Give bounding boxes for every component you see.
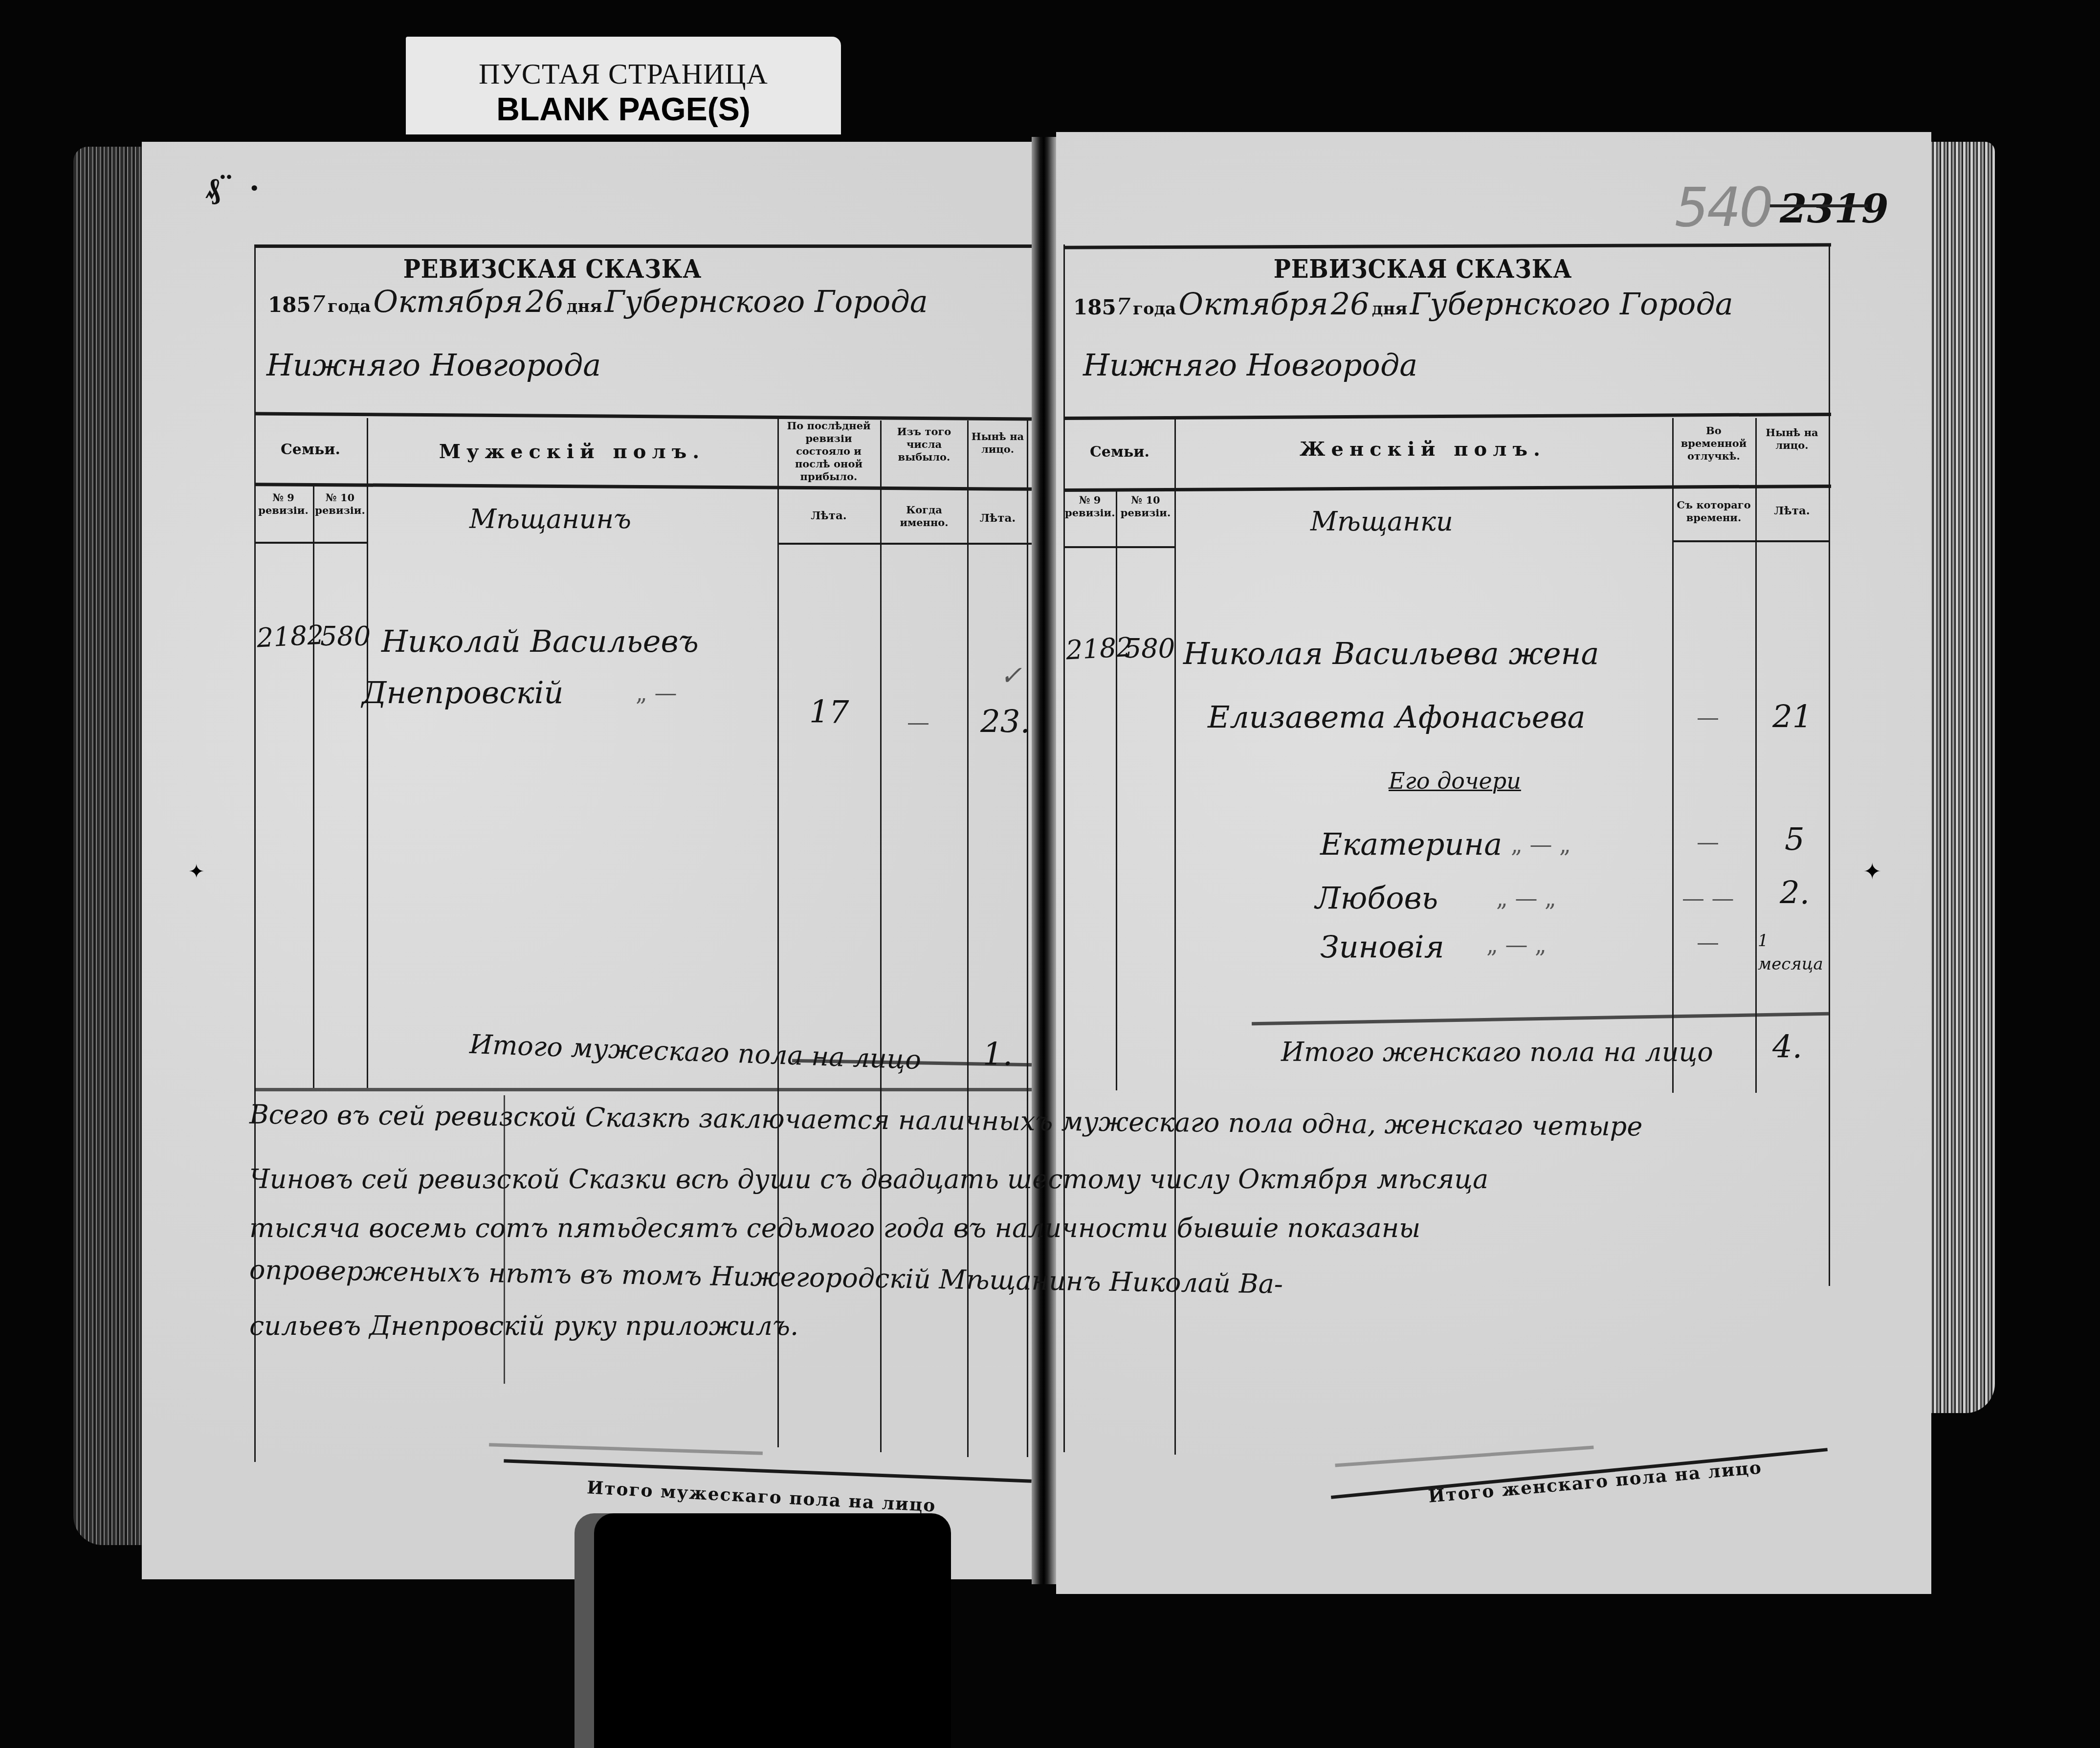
left-col-line-last-rev — [880, 420, 882, 1452]
left-header-when: Когда именно. — [883, 504, 966, 529]
left-header-years2: Лѣта. — [970, 511, 1026, 526]
left-bottom-rule — [254, 1088, 1032, 1091]
left-header-section: Мужескій полъ. — [372, 440, 773, 463]
left-row-present-age: 23. — [980, 704, 1030, 740]
folio-pencil-number: 540 — [1675, 176, 1771, 239]
right-header-no9: № 9 ревизіи. — [1065, 494, 1115, 519]
year-hand: 7 — [311, 291, 325, 317]
left-row-no10: 580 — [320, 621, 371, 652]
right-col-line-absence — [1755, 418, 1757, 1093]
right-place-line2: Нижняго Новгорода — [1083, 347, 1417, 383]
right-header-since-when: Съ котораго времени. — [1675, 499, 1753, 524]
month-hand: Октября — [1178, 286, 1328, 322]
attestation-line-3: тысяча восемь сотъ пятьдесятъ седьмого г… — [249, 1213, 1420, 1243]
right-header-no10: № 10 ревизіи. — [1118, 494, 1173, 519]
right-row-absence-zinoviya: — — [1697, 929, 1719, 955]
right-header-temp-absence: Во временной отлучкѣ. — [1675, 424, 1753, 463]
left-row-ditto: „ — — [636, 680, 677, 706]
right-total-label: Итого женскаго пола на лицо — [1281, 1037, 1713, 1067]
right-header-section: Женскій полъ. — [1178, 438, 1667, 461]
right-header-present: Нынѣ на лицо. — [1758, 426, 1826, 452]
right-row-age-ekaterina: 5 — [1785, 821, 1805, 858]
right-page-title: РЕВИЗСКАЯ СКАЗКА — [1225, 254, 1621, 284]
blank-label-russian: ПУСТАЯ СТРАНИЦА — [406, 57, 841, 91]
right-total-value: 4. — [1772, 1029, 1802, 1065]
place-line1: Губернского Города — [605, 284, 928, 319]
right-row-age-zinoviya: 1 месяца — [1758, 929, 1826, 976]
right-row-absence-lyubov: — — — [1682, 885, 1734, 911]
left-col-line-families — [367, 418, 368, 1088]
attestation-line-2: Чиновъ сей ревизской Сказки всѣ души съ … — [249, 1164, 1488, 1195]
attestation-line-5: сильевъ Днепровскій руку приложилъ. — [249, 1310, 798, 1341]
right-no-rule — [1063, 546, 1176, 548]
right-estate: Мѣщанки — [1310, 506, 1453, 537]
left-faint-col-line — [504, 1095, 505, 1384]
left-row-no9: 2182 — [256, 619, 325, 653]
left-header-present: Нынѣ на лицо. — [970, 430, 1026, 456]
right-row-absence-ekaterina: — — [1697, 829, 1719, 855]
right-row-name-wife-of: Николая Васильева жена — [1183, 636, 1599, 671]
year-printed: 185 — [1073, 295, 1116, 319]
right-row-age-elizaveta: 21 — [1772, 699, 1812, 735]
left-col-line-name — [777, 418, 779, 1447]
blank-page-label: ПУСТАЯ СТРАНИЦА BLANK PAGE(S) — [406, 37, 841, 134]
left-col-line-present — [1027, 420, 1028, 1457]
archive-black-tab — [594, 1513, 951, 1748]
place-line1: Губернского Города — [1410, 286, 1733, 322]
right-row-ditto-ekaterina: „ — „ — [1511, 831, 1571, 858]
left-estate: Мѣщанинъ — [469, 504, 631, 534]
right-row-no9: 2182 — [1065, 631, 1134, 665]
right-col-line-no9 — [1116, 489, 1117, 1090]
right-row-name-zinoviya: Зиновія — [1320, 929, 1444, 965]
book-fore-edge-right — [1926, 142, 1995, 1413]
year-hand: 7 — [1116, 293, 1130, 320]
strike-through-line — [1770, 204, 1868, 207]
right-header-years: Лѣта. — [1758, 504, 1826, 518]
left-margin-blot: ✦ — [188, 861, 205, 883]
left-col-line-departed — [967, 420, 969, 1457]
right-row-name-lyubov: Любовь — [1315, 880, 1438, 916]
day-hand: 26 — [1331, 286, 1370, 322]
day-hand: 26 — [526, 284, 564, 319]
left-row-name-line2: Днепровскій — [362, 675, 563, 710]
left-total-value: 1. — [983, 1037, 1013, 1073]
right-row-name-ekaterina: Екатерина — [1320, 826, 1502, 862]
right-date-line: 1857 года Октября 26 дня Губернского Гор… — [1073, 286, 1733, 322]
left-row-check-mark: ✓ — [1000, 660, 1022, 691]
right-years-rule — [1672, 540, 1829, 542]
book-gutter — [1032, 137, 1056, 1584]
left-header-no9: № 9 ревизіи. — [255, 491, 311, 517]
blank-label-english: BLANK PAGE(S) — [406, 90, 841, 128]
left-years-rule — [777, 543, 1032, 545]
right-row-absence-elizaveta: — — [1697, 704, 1719, 730]
right-row-ditto-zinoviya: „ — „ — [1486, 931, 1547, 958]
left-header-no10: № 10 ревизіи. — [314, 491, 366, 517]
goda-label: года — [328, 297, 371, 316]
goda-label: года — [1133, 299, 1176, 319]
right-row-age-lyubov: 2. — [1780, 875, 1810, 911]
folio-ink-number-struck: 2319 — [1780, 186, 1889, 232]
right-margin-blot: ✦ — [1863, 858, 1882, 885]
right-row-no10: 580 — [1125, 633, 1175, 664]
right-frame-line-outer — [1829, 244, 1830, 1286]
left-date-line: 1857 года Октября 26 дня Губернского Гор… — [268, 284, 928, 319]
right-row-ditto-lyubov: „ — „ — [1496, 885, 1556, 911]
dnya-label: дня — [1372, 299, 1408, 319]
left-row-name-line1: Николай Васильевъ — [381, 623, 699, 659]
left-header-years1: Лѣта. — [780, 509, 878, 523]
right-row-name-elizaveta: Елизавета Афонасьева — [1208, 699, 1586, 735]
right-col-line-families — [1174, 418, 1176, 1455]
left-header-families: Семьи. — [257, 443, 364, 457]
right-col-line-name — [1672, 418, 1674, 1093]
left-col-line-no9 — [313, 487, 314, 1088]
month-hand: Октября — [373, 284, 523, 319]
left-row-departed-when: — — [907, 709, 929, 735]
corner-ink-mark: ₰ ̈ · — [205, 171, 263, 205]
left-place-line2: Нижняго Новгорода — [266, 347, 601, 383]
dnya-label: дня — [567, 297, 602, 316]
right-row-daughters-label: Его дочери — [1389, 768, 1521, 794]
year-printed: 185 — [268, 293, 311, 317]
left-header-last-revision: По послѣдней ревизіи состояло и послѣ он… — [780, 420, 878, 483]
left-page-title: РЕВИЗСКАЯ СКАЗКА — [354, 254, 751, 284]
left-no-rule — [254, 542, 367, 544]
left-header-departed: Изъ того числа выбыло. — [883, 425, 966, 464]
right-header-families: Семьи. — [1066, 445, 1173, 460]
left-row-last-revision-age: 17 — [809, 694, 849, 730]
left-top-rule — [254, 244, 1032, 248]
